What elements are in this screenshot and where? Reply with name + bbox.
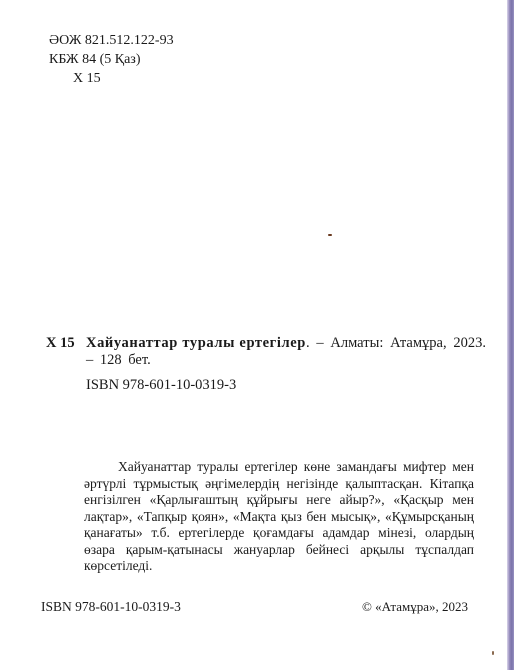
book-imprint-page: ӘОЖ 821.512.122-93 КБЖ 84 (5 Қаз) Х 15 Х… — [0, 0, 514, 670]
udc-code: ӘОЖ 821.512.122-93 — [49, 31, 174, 50]
footer-isbn: ISBN 978-601-10-0319-3 — [41, 599, 181, 615]
scan-speck — [328, 234, 332, 236]
bibliographic-description: Хайуанаттар туралы ертегілер. – Алматы: … — [86, 335, 486, 369]
page-edge-shadow — [507, 0, 514, 670]
lbc-code: КБЖ 84 (5 Қаз) — [49, 50, 174, 69]
catalog-code: Х 15 — [46, 335, 75, 352]
book-title: Хайуанаттар туралы ертегілер — [86, 335, 306, 351]
copyright-notice: © «Атамұра», 2023 — [362, 599, 468, 615]
catalog-isbn: ISBN 978-601-10-0319-3 — [86, 377, 486, 394]
annotation-text: Хайуанаттар туралы ертегілер көне заманд… — [84, 459, 474, 575]
catalog-entry: Х 15 Хайуанаттар туралы ертегілер. – Алм… — [46, 335, 486, 394]
classification-block: ӘОЖ 821.512.122-93 КБЖ 84 (5 Қаз) Х 15 — [49, 31, 174, 88]
author-mark: Х 15 — [49, 69, 174, 88]
scan-speck — [492, 651, 494, 655]
